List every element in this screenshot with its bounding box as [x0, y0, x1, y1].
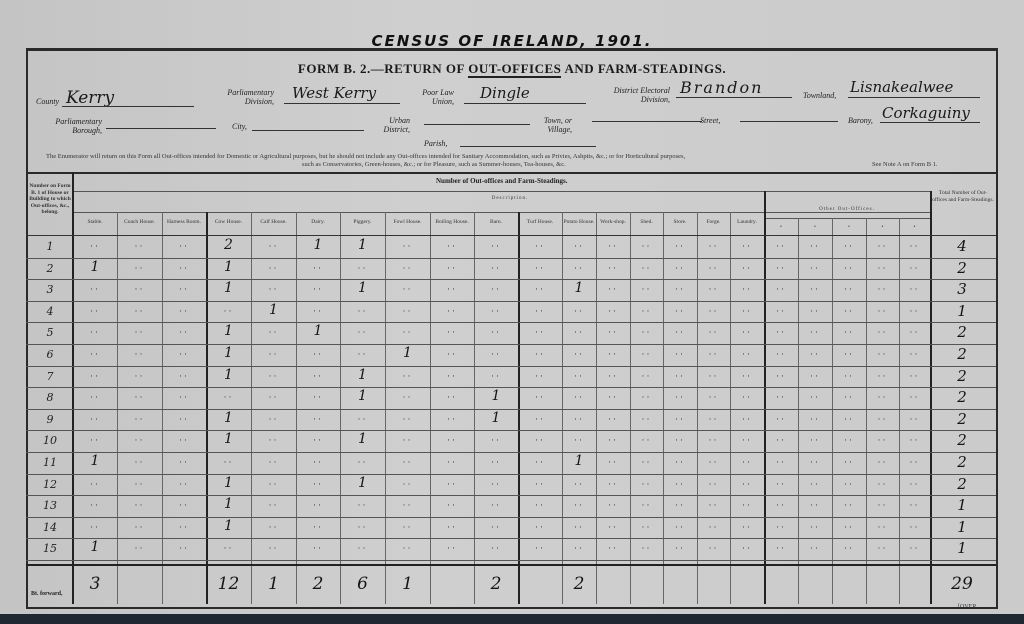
empty-cell-dots: ··: [630, 479, 663, 489]
form-title-suffix: AND FARM-STEADINGS.: [561, 61, 726, 76]
row-total: 4: [930, 237, 994, 255]
empty-cell-dots: ··: [562, 435, 596, 445]
empty-cell-dots: ··: [518, 522, 562, 532]
empty-cell-dots: ··: [162, 479, 206, 489]
parish-line: [460, 146, 596, 147]
row-total: 2: [930, 475, 994, 493]
row-number: 15: [27, 542, 73, 555]
empty-cell-dots: ··: [117, 435, 162, 445]
empty-cell-dots: ··: [73, 327, 117, 337]
form-title: FORM B. 2.—RETURN OF OUT-OFFICES AND FAR…: [0, 61, 1024, 77]
empty-cell-dots: ··: [518, 241, 562, 251]
empty-cell-dots: ··: [518, 435, 562, 445]
empty-cell-dots: ··: [697, 241, 730, 251]
empty-cell-dots: ··: [832, 349, 866, 359]
row-divider: [26, 430, 996, 431]
parish-label: Parish,: [424, 139, 447, 148]
empty-cell-dots: ··: [251, 479, 296, 489]
column-header: Potato House.: [562, 219, 596, 226]
empty-cell-dots: ··: [697, 284, 730, 294]
row-divider: [26, 452, 996, 453]
empty-cell-dots: ··: [296, 371, 340, 381]
townland-line: [848, 97, 980, 98]
empty-cell-dots: ··: [430, 414, 474, 424]
ded-value: Brandon: [680, 78, 763, 97]
empty-cell-dots: ··: [866, 371, 899, 381]
empty-cell-dots: ··: [764, 284, 798, 294]
empty-cell-dots: ··: [630, 392, 663, 402]
form-title-underlined: OUT-OFFICES: [468, 61, 561, 78]
empty-cell-dots: ··: [430, 522, 474, 532]
poor-law-label: Poor Law Union,: [408, 88, 454, 106]
empty-cell-dots: ··: [866, 284, 899, 294]
row-total: 1: [930, 539, 994, 557]
empty-cell-dots: ··: [474, 522, 518, 532]
empty-cell-dots: ··: [430, 500, 474, 510]
empty-cell-dots: ··: [697, 435, 730, 445]
table-cell: 1: [340, 475, 385, 491]
row-number: 8: [27, 391, 73, 404]
empty-cell-dots: ··: [630, 435, 663, 445]
empty-cell-dots: ··: [518, 500, 562, 510]
empty-cell-dots: ··: [474, 306, 518, 316]
empty-cell-dots: ··: [117, 479, 162, 489]
empty-cell-dots: ··: [630, 457, 663, 467]
empty-cell-dots: ··: [251, 435, 296, 445]
empty-cell-dots: ··: [899, 327, 930, 337]
empty-cell-dots: ··: [764, 349, 798, 359]
empty-cell-dots: ··: [697, 522, 730, 532]
empty-cell-dots: ··: [730, 500, 764, 510]
empty-cell-dots: ··: [596, 414, 630, 424]
empty-cell-dots: ··: [866, 327, 899, 337]
table-top-border: [26, 172, 996, 174]
empty-cell-dots: ··: [162, 414, 206, 424]
empty-cell-dots: ··: [899, 371, 930, 381]
empty-cell-dots: ··: [663, 435, 697, 445]
row-total: 2: [930, 410, 994, 428]
table-cell: 1: [73, 453, 117, 469]
empty-cell-dots: ··: [663, 306, 697, 316]
row-number: 12: [27, 478, 73, 491]
empty-cell-dots: ··: [596, 327, 630, 337]
empty-cell-dots: ··: [385, 479, 430, 489]
empty-cell-dots: ··: [518, 284, 562, 294]
empty-cell-dots: ··: [73, 349, 117, 359]
empty-cell-dots: ··: [866, 522, 899, 532]
empty-cell-dots: ··: [832, 435, 866, 445]
row-divider: [26, 538, 996, 539]
empty-cell-dots: ··: [474, 500, 518, 510]
empty-cell-dots: ··: [296, 543, 340, 553]
row-total: 2: [930, 345, 994, 363]
empty-cell-dots: ··: [562, 543, 596, 553]
brought-forward-cell: 12: [206, 574, 251, 594]
empty-cell-dots: ··: [385, 457, 430, 467]
empty-cell-dots: ··: [798, 522, 832, 532]
empty-cell-dots: ··: [206, 457, 251, 467]
empty-cell-dots: ··: [899, 543, 930, 553]
table-cell: 1: [206, 345, 251, 361]
table-heading: Number of Out-offices and Farm-Steadings…: [436, 177, 568, 185]
empty-cell-dots: ··: [866, 435, 899, 445]
empty-cell-dots: ··: [832, 522, 866, 532]
empty-cell-dots: ··: [899, 392, 930, 402]
empty-cell-dots: ··: [251, 241, 296, 251]
table-cell: 1: [562, 280, 596, 296]
empty-cell-dots: ··: [518, 457, 562, 467]
empty-cell-dots: ··: [430, 349, 474, 359]
empty-cell-dots: ··: [798, 479, 832, 489]
table-cell: 1: [474, 388, 518, 404]
empty-cell-dots: ··: [340, 522, 385, 532]
empty-cell-dots: ··: [899, 500, 930, 510]
townland-label: Townland,: [803, 91, 836, 100]
empty-cell-dots: ··: [385, 500, 430, 510]
empty-cell-dots: ··: [596, 543, 630, 553]
empty-cell-dots: ··: [385, 435, 430, 445]
empty-cell-dots: ··: [663, 241, 697, 251]
empty-cell-dots: ··: [73, 414, 117, 424]
empty-cell-dots: ··: [430, 241, 474, 251]
row-divider: [26, 560, 996, 561]
empty-cell-dots: ··: [162, 306, 206, 316]
empty-cell-dots: ··: [630, 414, 663, 424]
empty-cell-dots: ··: [296, 349, 340, 359]
empty-cell-dots: ··: [73, 479, 117, 489]
table-cell: 1: [340, 431, 385, 447]
empty-cell-dots: ··: [251, 543, 296, 553]
empty-cell-dots: ··: [73, 306, 117, 316]
empty-cell-dots: ··: [798, 500, 832, 510]
row-divider: [26, 322, 996, 323]
empty-cell-dots: ··: [697, 543, 730, 553]
parl-borough-line: [106, 128, 216, 129]
empty-cell-dots: ··: [630, 284, 663, 294]
empty-cell-dots: ··: [117, 371, 162, 381]
empty-cell-dots: ··: [117, 500, 162, 510]
table-cell: 1: [340, 388, 385, 404]
empty-cell-dots: ··: [630, 263, 663, 273]
empty-cell-dots: ··: [518, 349, 562, 359]
number-col-header: Number on Form B. 1 of House or Building…: [27, 183, 73, 216]
empty-cell-dots: ··: [296, 479, 340, 489]
empty-cell-dots: ··: [697, 306, 730, 316]
column-header: Stable.: [73, 219, 117, 226]
empty-cell-dots: ··: [162, 457, 206, 467]
instructions-line-2: such as Conservatories, Green-houses, &c…: [302, 161, 566, 168]
empty-cell-dots: ··: [764, 392, 798, 402]
brought-forward-total: 29: [930, 574, 994, 594]
empty-cell-dots: ··: [730, 479, 764, 489]
empty-cell-dots: ··: [697, 349, 730, 359]
empty-cell-dots: ··: [899, 435, 930, 445]
empty-cell-dots: ··: [251, 371, 296, 381]
table-cell: 1: [73, 259, 117, 275]
row-total: 1: [930, 518, 994, 536]
row-number: 14: [27, 521, 73, 534]
empty-cell-dots: ··: [798, 371, 832, 381]
empty-cell-dots: ··: [697, 263, 730, 273]
empty-cell-dots: ··: [596, 371, 630, 381]
empty-cell-dots: ··: [162, 435, 206, 445]
totals-rule: [26, 564, 996, 566]
empty-cell-dots: ··: [630, 543, 663, 553]
table-cell: 1: [206, 323, 251, 339]
column-header: Dairy.: [296, 219, 340, 226]
empty-cell-dots: ··: [340, 349, 385, 359]
empty-cell-dots: ··: [562, 371, 596, 381]
poor-law-value: Dingle: [480, 84, 530, 102]
empty-cell-dots: ··: [798, 241, 832, 251]
row-number: 5: [27, 326, 73, 339]
column-header: Shed.: [630, 219, 663, 226]
empty-cell-dots: ··: [730, 522, 764, 532]
empty-cell-dots: ··: [596, 306, 630, 316]
empty-cell-dots: ··: [162, 522, 206, 532]
empty-cell-dots: ··: [697, 414, 730, 424]
empty-cell-dots: ··: [798, 457, 832, 467]
empty-cell-dots: ··: [730, 543, 764, 553]
table-cell: 1: [206, 410, 251, 426]
row-number: 13: [27, 499, 73, 512]
empty-cell-dots: ··: [340, 500, 385, 510]
table-cell: 1: [562, 453, 596, 469]
empty-cell-dots: ··: [117, 349, 162, 359]
barony-label: Barony,: [848, 116, 873, 125]
column-header: •: [832, 224, 866, 231]
empty-cell-dots: ··: [340, 306, 385, 316]
empty-cell-dots: ··: [474, 284, 518, 294]
empty-cell-dots: ··: [832, 263, 866, 273]
empty-cell-dots: ··: [730, 435, 764, 445]
empty-cell-dots: ··: [474, 349, 518, 359]
parl-borough-label: Parliamentary Borough,: [36, 117, 102, 135]
table-cell: 1: [340, 237, 385, 253]
empty-cell-dots: ··: [866, 349, 899, 359]
row-divider: [26, 344, 996, 345]
row-divider: [26, 279, 996, 280]
empty-cell-dots: ··: [596, 522, 630, 532]
empty-cell-dots: ··: [798, 392, 832, 402]
empty-cell-dots: ··: [251, 349, 296, 359]
empty-cell-dots: ··: [798, 327, 832, 337]
empty-cell-dots: ··: [866, 479, 899, 489]
column-header: Boiling House.: [430, 219, 474, 226]
empty-cell-dots: ··: [832, 543, 866, 553]
county-value: Kerry: [66, 88, 114, 108]
column-header: Coach House.: [117, 219, 162, 226]
empty-cell-dots: ··: [73, 522, 117, 532]
table-cell: 1: [206, 431, 251, 447]
empty-cell-dots: ··: [663, 392, 697, 402]
empty-cell-dots: ··: [730, 349, 764, 359]
city-line: [252, 130, 364, 131]
empty-cell-dots: ··: [430, 457, 474, 467]
empty-cell-dots: ··: [663, 414, 697, 424]
ded-line: [676, 97, 792, 98]
empty-cell-dots: ··: [562, 392, 596, 402]
empty-cell-dots: ··: [630, 371, 663, 381]
empty-cell-dots: ··: [518, 263, 562, 273]
column-header: •: [798, 224, 832, 231]
empty-cell-dots: ··: [832, 457, 866, 467]
empty-cell-dots: ··: [764, 241, 798, 251]
column-header: Forge.: [697, 219, 730, 226]
empty-cell-dots: ··: [596, 479, 630, 489]
empty-cell-dots: ··: [832, 414, 866, 424]
empty-cell-dots: ··: [866, 241, 899, 251]
empty-cell-dots: ··: [117, 414, 162, 424]
column-header: Turf House.: [518, 219, 562, 226]
empty-cell-dots: ··: [73, 392, 117, 402]
empty-cell-dots: ··: [899, 306, 930, 316]
empty-cell-dots: ··: [430, 479, 474, 489]
empty-cell-dots: ··: [385, 241, 430, 251]
county-label: County: [36, 97, 59, 106]
empty-cell-dots: ··: [866, 543, 899, 553]
empty-cell-dots: ··: [730, 371, 764, 381]
empty-cell-dots: ··: [832, 392, 866, 402]
parl-division-value: West Kerry: [292, 84, 376, 102]
row-divider: [26, 258, 996, 259]
empty-cell-dots: ··: [562, 306, 596, 316]
town-village-label: Town, or Village,: [532, 116, 572, 134]
empty-cell-dots: ··: [206, 392, 251, 402]
row-total: 2: [930, 388, 994, 406]
row-divider: [26, 366, 996, 367]
empty-cell-dots: ··: [430, 327, 474, 337]
empty-cell-dots: ··: [117, 241, 162, 251]
parl-division-label: Parliamentary Division,: [204, 88, 274, 106]
row-number: 1: [27, 240, 73, 253]
row-number: 11: [27, 456, 73, 469]
empty-cell-dots: ··: [474, 435, 518, 445]
table-cell: 1: [206, 496, 251, 512]
empty-cell-dots: ··: [866, 457, 899, 467]
empty-cell-dots: ··: [117, 263, 162, 273]
empty-cell-dots: ··: [518, 306, 562, 316]
empty-cell-dots: ··: [630, 500, 663, 510]
empty-cell-dots: ··: [296, 500, 340, 510]
empty-cell-dots: ··: [764, 435, 798, 445]
brought-forward-cell: 2: [474, 574, 518, 594]
empty-cell-dots: ··: [730, 306, 764, 316]
empty-cell-dots: ··: [899, 457, 930, 467]
empty-cell-dots: ··: [562, 414, 596, 424]
empty-cell-dots: ··: [518, 479, 562, 489]
brought-forward-cell: 6: [340, 574, 385, 594]
column-header: Cow House.: [206, 219, 251, 226]
empty-cell-dots: ··: [340, 327, 385, 337]
empty-cell-dots: ··: [296, 263, 340, 273]
empty-cell-dots: ··: [663, 263, 697, 273]
empty-cell-dots: ··: [73, 435, 117, 445]
empty-cell-dots: ··: [296, 392, 340, 402]
empty-cell-dots: ··: [340, 414, 385, 424]
table-cell: 1: [206, 259, 251, 275]
empty-cell-dots: ··: [474, 327, 518, 337]
row-number: 10: [27, 434, 73, 447]
empty-cell-dots: ··: [596, 284, 630, 294]
empty-cell-dots: ··: [596, 263, 630, 273]
empty-cell-dots: ··: [73, 241, 117, 251]
empty-cell-dots: ··: [866, 414, 899, 424]
empty-cell-dots: ··: [430, 306, 474, 316]
empty-cell-dots: ··: [798, 284, 832, 294]
town-village-line: [592, 121, 702, 122]
row-total: 1: [930, 302, 994, 320]
column-header: Laundry.: [730, 219, 764, 226]
over-note: [OVER.: [958, 604, 978, 610]
empty-cell-dots: ··: [663, 327, 697, 337]
empty-cell-dots: ··: [899, 349, 930, 359]
empty-cell-dots: ··: [730, 414, 764, 424]
empty-cell-dots: ··: [798, 349, 832, 359]
empty-cell-dots: ··: [562, 327, 596, 337]
empty-cell-dots: ··: [562, 263, 596, 273]
empty-cell-dots: ··: [630, 306, 663, 316]
empty-cell-dots: ··: [385, 543, 430, 553]
empty-cell-dots: ··: [296, 435, 340, 445]
empty-cell-dots: ··: [663, 479, 697, 489]
empty-cell-dots: ··: [832, 284, 866, 294]
urban-district-label: Urban District,: [370, 116, 410, 134]
empty-cell-dots: ··: [764, 263, 798, 273]
brought-forward-cell: 3: [73, 574, 117, 594]
empty-cell-dots: ··: [697, 479, 730, 489]
city-label: City,: [232, 122, 247, 131]
empty-cell-dots: ··: [430, 543, 474, 553]
empty-cell-dots: ··: [663, 284, 697, 294]
empty-cell-dots: ··: [764, 327, 798, 337]
row-number: 6: [27, 348, 73, 361]
townland-value: Lisnakealwee: [850, 78, 953, 96]
empty-cell-dots: ··: [798, 414, 832, 424]
instructions-line-1: The Enumerator will return on this Form …: [46, 153, 685, 160]
empty-cell-dots: ··: [474, 241, 518, 251]
census-form-page: CENSUS OF IRELAND, 1901. FORM B. 2.—RETU…: [0, 0, 1024, 614]
empty-cell-dots: ··: [630, 522, 663, 532]
empty-cell-dots: ··: [474, 457, 518, 467]
empty-cell-dots: ··: [730, 392, 764, 402]
empty-cell-dots: ··: [340, 457, 385, 467]
empty-cell-dots: ··: [251, 457, 296, 467]
empty-cell-dots: ··: [764, 543, 798, 553]
empty-cell-dots: ··: [251, 327, 296, 337]
empty-cell-dots: ··: [430, 435, 474, 445]
empty-cell-dots: ··: [518, 327, 562, 337]
empty-cell-dots: ··: [162, 371, 206, 381]
table-cell: 1: [206, 518, 251, 534]
empty-cell-dots: ··: [697, 327, 730, 337]
row-divider: [26, 301, 996, 302]
empty-cell-dots: ··: [385, 371, 430, 381]
empty-cell-dots: ··: [162, 241, 206, 251]
empty-cell-dots: ··: [117, 543, 162, 553]
brought-forward-cell: 2: [562, 574, 596, 594]
empty-cell-dots: ··: [162, 327, 206, 337]
empty-cell-dots: ··: [206, 543, 251, 553]
empty-cell-dots: ··: [430, 371, 474, 381]
empty-cell-dots: ··: [798, 306, 832, 316]
empty-cell-dots: ··: [596, 392, 630, 402]
empty-cell-dots: ··: [730, 457, 764, 467]
column-header: Work-shop.: [596, 219, 630, 226]
empty-cell-dots: ··: [162, 500, 206, 510]
empty-cell-dots: ··: [663, 349, 697, 359]
empty-cell-dots: ··: [162, 392, 206, 402]
